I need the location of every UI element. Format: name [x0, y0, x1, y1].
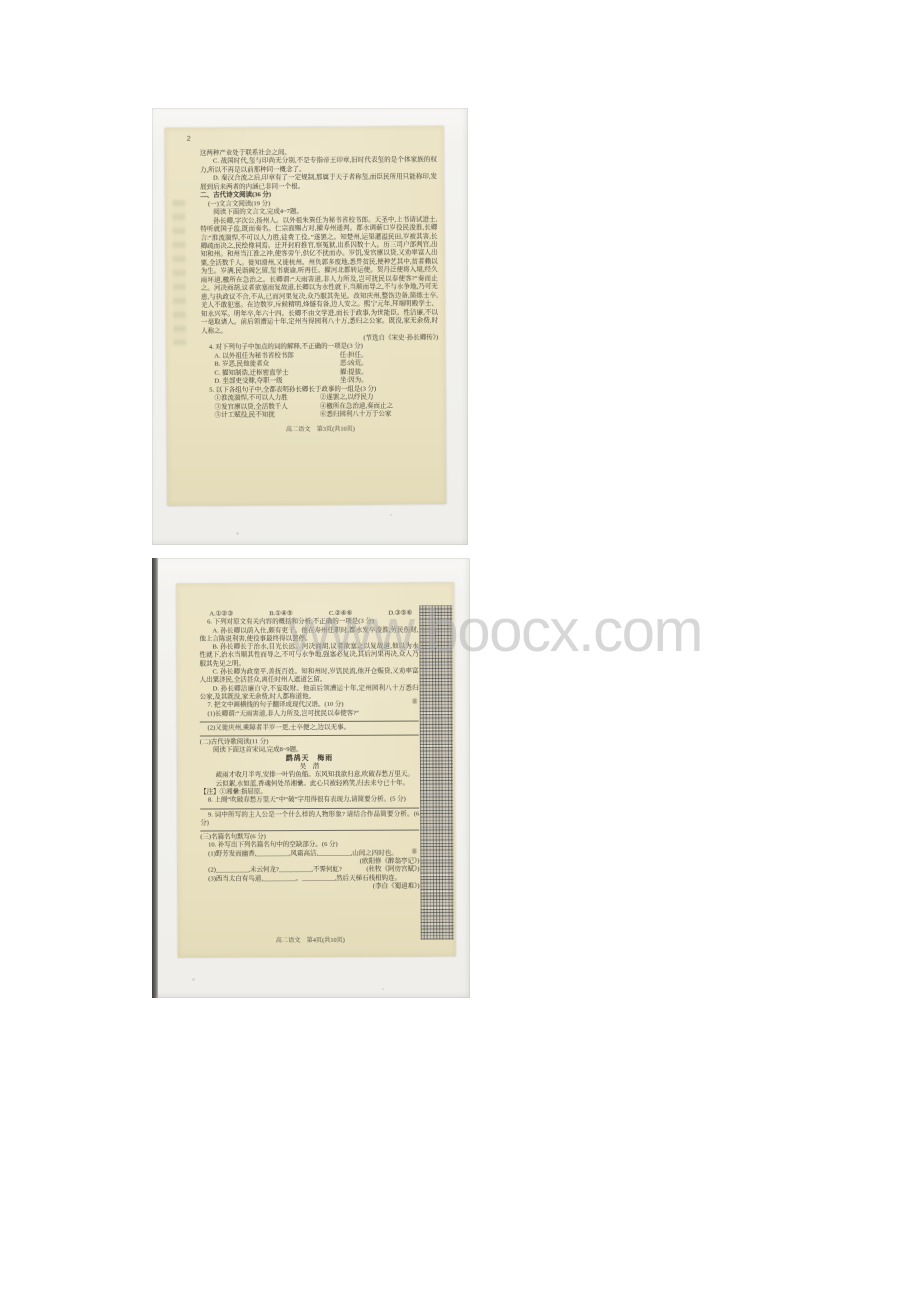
binding-pattern-strip [419, 605, 453, 939]
question-9: 9. 词中所写的主人公是一个什么样的人物形象? 请结合作品简要分析。(6 分) [200, 810, 419, 828]
choice-c-paragraph: C. 战国时代,玺与印尚无分别,不是专指帝王印章,旧时代表玺的是个体家族的权力,… [200, 157, 437, 176]
question-7-sentence-1: (1)长卿谓:“天雨害道,非人力所及,岂可扰民以奉使客?” [200, 709, 419, 718]
classical-passage: 孙长卿,字次公,扬州人。以外祖朱巽任为秘书省校书郎。天圣中,上书请试进士,特听就… [200, 216, 438, 336]
question-8: 8. 上阕“吹破春愁万里天”中“破”字用得很有表现力,请简要分析。(5 分) [200, 796, 419, 805]
page-footer: 高二语文 第3页(共10页) [202, 425, 439, 435]
question-6-option-a: A. 孙长卿以荫入仕,颇有吏干。他在寿州任职时,都水发卒浚淮,劳民伤财,他上言陈… [199, 626, 418, 644]
margin-smudge [172, 200, 186, 345]
choice-d-paragraph: D. 秦汉合流之后,印章有了一定规制,那属于天子者称玺,而臣民所用只能称印,发展… [200, 173, 437, 192]
dust-speck [236, 532, 239, 535]
page-3-text: 这两种产业处于联系社会之间。 C. 战国时代,玺与印尚无分别,不是专指帝王印章,… [200, 148, 439, 435]
question-10-item-2-source: (杜牧《阿房宫赋》) [366, 866, 419, 875]
answer-line [200, 807, 419, 809]
page-4-text: A.①②③ B.①④⑤ C.②④⑥ D.③⑤⑥ 6. 下列对原文有关内容的概括和… [199, 610, 419, 946]
page-corner-mark: 2 [187, 136, 191, 143]
question-7-sentence-2: (2)又徙庆州,乘障者半岁一更,士卒便之,边以无事。 [200, 723, 419, 732]
item-5: ⑤计工赋役,民不知扰 [215, 411, 320, 420]
document-scan-view: { "colors":{ "paper":"#ece4c6", "ink":"#… [0, 0, 920, 1302]
answer-line [200, 830, 419, 832]
question-6-option-d: D. 孙长卿洁廉自守,不妄取财。他前后领漕运十年,定州园利八十万悉归公家,及其既… [200, 684, 419, 702]
option-d-gloss: 坐:因为。 [340, 376, 439, 385]
page-footer: 高二语文 第4页(共10页) [201, 937, 420, 946]
scanned-page-photo-2: A.①②③ B.①④⑤ C.②④⑥ D.③⑤⑥ 6. 下列对原文有关内容的概括和… [152, 558, 470, 998]
question-5-item-row: ⑤计工赋役,民不知扰 ⑥悉归园利八十万于公家 [202, 410, 439, 420]
question-10-item-2: (2)__________,未云何龙?__________,不霁何虹? [200, 866, 366, 875]
answer-line [200, 720, 419, 722]
answer-d: D.③⑤⑥ [388, 610, 412, 618]
scanned-page-photo-1: 2 这两种产业处于联系社会之间。 C. 战国时代,玺与印尚无分别,不是专指帝王印… [152, 108, 468, 545]
question-6-option-b: B. 孙长卿长于治水,目光长远。河决商胡,议者欲塞之以复故道,他以为水性就下,治… [199, 643, 418, 669]
dust-speck [390, 514, 392, 516]
exam-paper-page-3: 2 这两种产业处于联系社会之间。 C. 战国时代,玺与印尚无分别,不是专指帝王印… [165, 126, 447, 506]
scanner-edge-shadow [152, 558, 158, 998]
dust-speck [192, 978, 195, 981]
poem-line-2: 云似絮,水如蓝,香魂何处吊湘纍。此心只被轻鸥笑,归去来兮已十年。 [200, 779, 419, 788]
dust-speck [382, 988, 384, 990]
answer-line [200, 735, 419, 737]
question-6-option-c: C. 孙长卿为政宽平,善抚百姓。知和州时,岁饥民流,他开仓赈贷,又劝率富人出粟济… [200, 668, 419, 686]
question-10-item-3-source: (李白《蜀道难》) [200, 882, 419, 891]
item-6: ⑥悉归园利八十万于公家 [320, 410, 439, 419]
exam-paper-page-4: A.①②③ B.①④⑤ C.②④⑥ D.③⑤⑥ 6. 下列对原文有关内容的概括和… [176, 582, 456, 957]
